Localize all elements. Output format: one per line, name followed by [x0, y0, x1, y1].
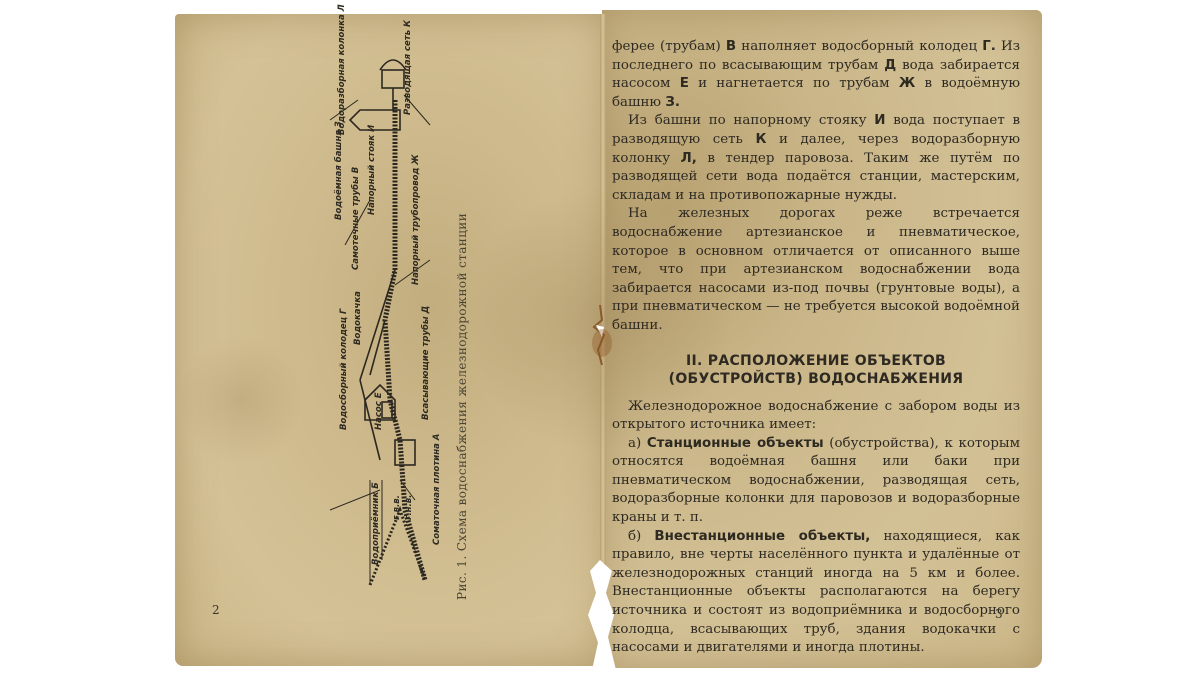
paragraph: Железнодорожное водоснабжение с забором …	[612, 398, 1020, 435]
label-low-water-level: г.н.в.	[405, 495, 414, 520]
section-heading-line-2: (ОБУСТРОЙСТВ) ВОДОСНАБЖЕНИЯ	[612, 370, 1020, 388]
label-distribution-network: Разводящая сеть К	[404, 20, 413, 115]
paragraph: Из башни по напорному стояку И вода пост…	[612, 112, 1020, 205]
label-pump-house: Водокачка	[354, 291, 363, 345]
page-number-right: 3	[995, 607, 1003, 621]
figure-caption: Рис. 1. Схема водоснабжения железнодорож…	[455, 213, 469, 600]
paragraph: б) Внестанционные объекты, находящиеся, …	[612, 528, 1020, 658]
section-heading-line-1: II. РАСПОЛОЖЕНИЕ ОБЪЕКТОВ	[612, 352, 1020, 370]
text-section-1: ферее (трубам) В наполняет водосборный к…	[612, 38, 1020, 336]
label-suction-pipes: Всасывающие трубы Д	[422, 306, 431, 420]
water-supply-diagram	[300, 40, 470, 600]
paragraph: На железных дорогах реже встречается вод…	[612, 205, 1020, 335]
spine-tear	[590, 305, 612, 365]
label-pressure-riser: Напорный стояк И	[368, 125, 377, 215]
paragraph: ферее (трубам) В наполняет водосборный к…	[612, 38, 1020, 112]
label-pump: Насос Е	[375, 392, 384, 430]
section-heading: II. РАСПОЛОЖЕНИЕ ОБЪЕКТОВ (ОБУСТРОЙСТВ) …	[612, 352, 1020, 388]
label-water-column: Водоразборная колонка Л	[338, 4, 347, 135]
label-high-water-level: г.в.в.	[393, 495, 402, 520]
label-gravity-pipes: Самотечные трубы В	[352, 167, 361, 270]
paragraph: а) Станционные объекты (обустройства), к…	[612, 435, 1020, 528]
page-text: ферее (трубам) В наполняет водосборный к…	[612, 38, 1020, 658]
label-collecting-well: Водосборный колодец Г	[340, 309, 349, 430]
text-section-2: Железнодорожное водоснабжение с забором …	[612, 398, 1020, 658]
page-number-left: 2	[212, 603, 220, 617]
label-water-intake: Водоприёмник Б	[372, 482, 381, 565]
label-water-tower: Водоёмная башня З	[335, 121, 344, 220]
label-pressure-pipe: Напорный трубопровод Ж	[412, 154, 421, 285]
label-dam: Соматочная плотина А	[433, 434, 442, 545]
